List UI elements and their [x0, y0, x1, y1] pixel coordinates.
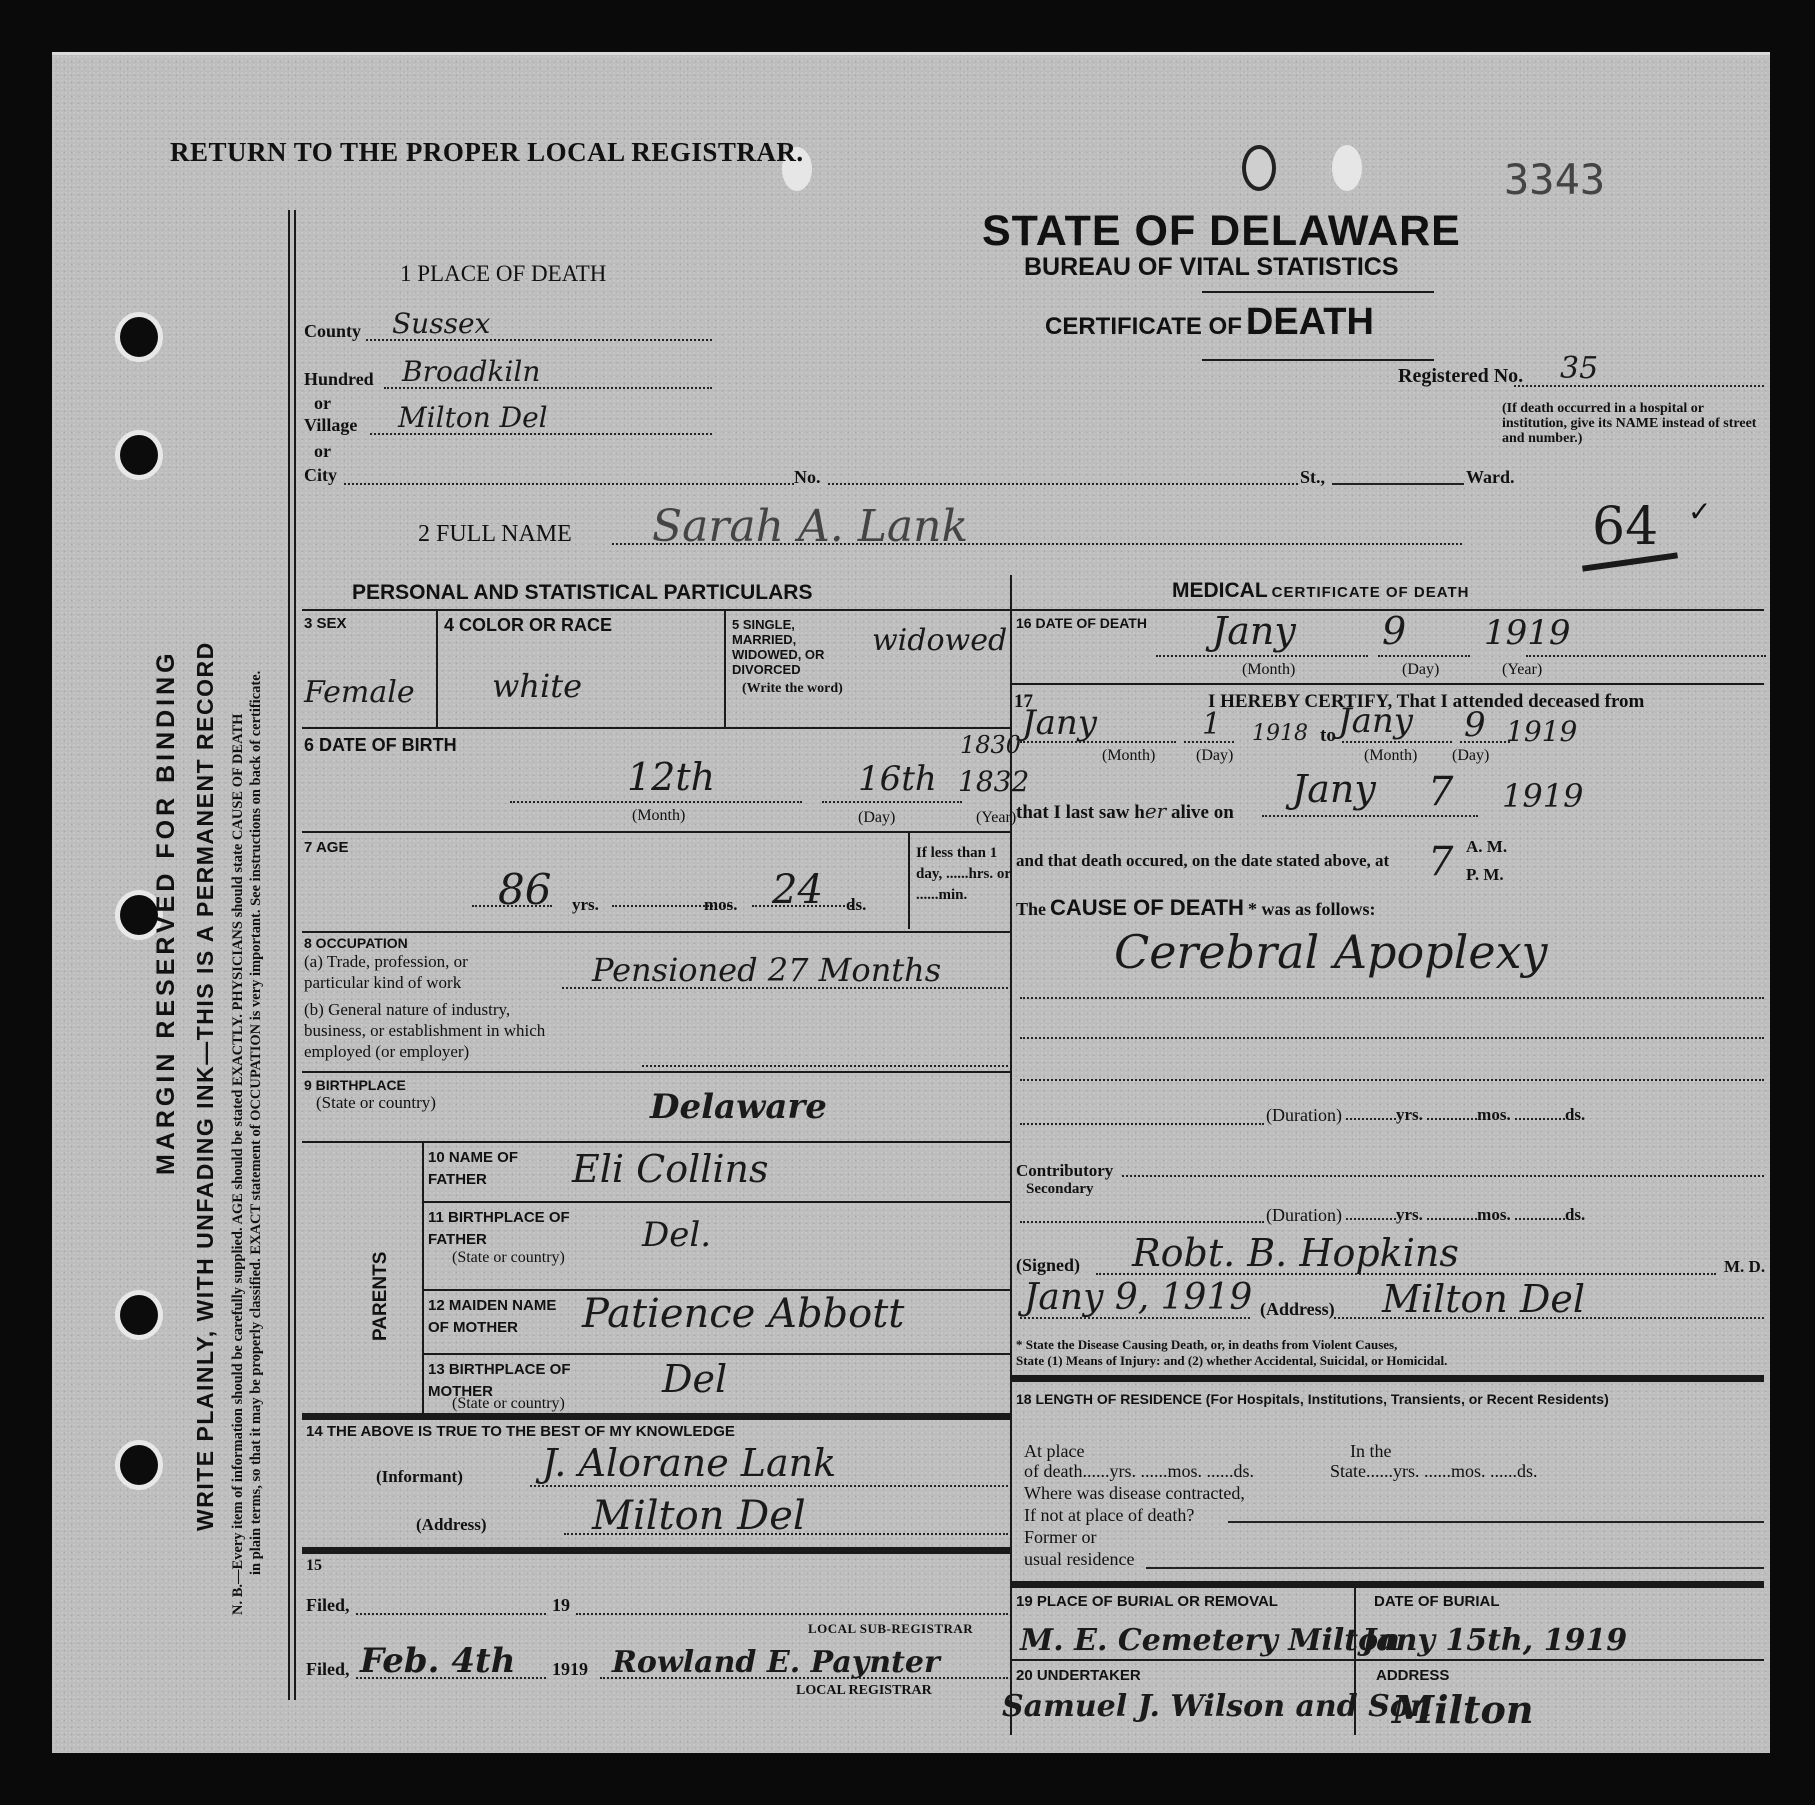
- birthplace-note: (State or country): [316, 1093, 436, 1113]
- sex-label: 3 SEX: [304, 615, 347, 632]
- where-contracted-label: Where was disease contracted,: [1024, 1483, 1245, 1504]
- attended-to-year: 1919: [1506, 715, 1577, 748]
- year-caption: (Year): [1502, 661, 1542, 679]
- undertaker-address-label: ADDRESS: [1376, 1667, 1449, 1684]
- date-of-death-label: 16 DATE OF DEATH: [1016, 615, 1147, 631]
- village-value: Milton Del: [398, 401, 548, 434]
- at-place-label: At place: [1024, 1441, 1084, 1462]
- last-saw-year: 1919: [1502, 777, 1583, 815]
- full-name-label: 2 FULL NAME: [418, 521, 572, 548]
- punch-hole-icon: [120, 1445, 158, 1485]
- ward-number: 64: [1592, 497, 1658, 557]
- former-label: Former or: [1024, 1527, 1096, 1548]
- full-name-value: Sarah A. Lank: [652, 501, 968, 552]
- certificate-paper: RETURN TO THE PROPER LOCAL REGISTRAR. 33…: [52, 52, 1770, 1753]
- return-notice: RETURN TO THE PROPER LOCAL REGISTRAR.: [170, 137, 804, 168]
- mother-birthplace-value: Del: [662, 1357, 727, 1401]
- secondary-label: Secondary: [1026, 1181, 1094, 1198]
- marital-value: widowed: [872, 623, 1007, 658]
- birthplace-value: Delaware: [650, 1087, 827, 1127]
- punch-hole-icon: [120, 1295, 158, 1335]
- father-label: 10 NAME OF FATHER: [428, 1147, 548, 1191]
- of-death-label: of death......yrs. ......mos. ......ds.: [1024, 1461, 1254, 1482]
- county-label: County: [304, 321, 361, 342]
- hundred-value: Broadkiln: [402, 355, 540, 388]
- father-value: Eli Collins: [572, 1147, 769, 1191]
- signed-label: (Signed): [1016, 1255, 1080, 1276]
- punch-hole-icon: [1242, 145, 1276, 191]
- last-saw-text: that I last saw her alive on: [1016, 799, 1234, 824]
- residence-title: 18 LENGTH OF RESIDENCE (For Hospitals, I…: [1016, 1391, 1609, 1409]
- pm-label: P. M.: [1466, 865, 1504, 885]
- burial-date-label: DATE OF BURIAL: [1374, 1593, 1500, 1610]
- death-time-text: and that death occured, on the date stat…: [1016, 851, 1389, 871]
- md-label: M. D.: [1724, 1257, 1765, 1277]
- village-label: Village: [304, 415, 357, 436]
- filed-date: Feb. 4th: [360, 1641, 515, 1681]
- certificate-title: CERTIFICATE OF DEATH: [1045, 301, 1374, 344]
- attended-from-day: 1: [1202, 707, 1221, 742]
- sub-registrar-label: LOCAL SUB-REGISTRAR: [808, 1621, 973, 1637]
- burial-date-value: Jany 15th, 1919: [1362, 1623, 1627, 1658]
- registered-no-value: 35: [1560, 351, 1598, 386]
- age-years: 86: [498, 865, 551, 914]
- day-caption: (Day): [1452, 747, 1489, 765]
- cause-of-death-value: Cerebral Apoplexy: [1114, 925, 1548, 979]
- filing-number: 15: [306, 1557, 322, 1575]
- to-label: to: [1320, 725, 1336, 747]
- dob-label: 6 DATE OF BIRTH: [304, 735, 457, 756]
- dob-month: 12th: [627, 755, 715, 799]
- ds-label: ds.: [846, 895, 866, 915]
- duration-units: yrs. mos. ds.: [1346, 1205, 1585, 1225]
- informant-address-label: (Address): [416, 1515, 487, 1535]
- state-residence-label: State......yrs. ......mos. ......ds.: [1330, 1461, 1538, 1482]
- punch-hole-icon: [120, 317, 158, 357]
- occupation-a-value: Pensioned 27 Months: [592, 951, 941, 989]
- informant-label: (Informant): [376, 1467, 463, 1487]
- state-country-note: (State or country): [452, 1249, 565, 1267]
- last-saw-month: Jany: [1292, 767, 1376, 811]
- margin-binding-text: MARGIN RESERVED FOR BINDING: [152, 649, 181, 1175]
- hospital-note: (If death occurred in a hospital or inst…: [1502, 401, 1764, 446]
- footnote-line2: State (1) Means of Injury: and (2) wheth…: [1016, 1353, 1447, 1369]
- certify-text: I HEREBY CERTIFY, That I attended deceas…: [1208, 691, 1644, 713]
- duration-label: (Duration): [1266, 1105, 1342, 1126]
- father-birthplace-label: 11 BIRTHPLACE OF FATHER: [428, 1207, 578, 1251]
- margin-note-line1: N. B.—Every item of information should b…: [230, 714, 247, 1615]
- day-caption: (Day): [1196, 747, 1233, 765]
- medical-title: MEDICAL CERTIFICATE OF DEATH: [1172, 579, 1469, 603]
- month-caption: (Month): [1102, 747, 1155, 765]
- registrar-signature: Rowland E. Paynter: [612, 1645, 940, 1680]
- month-caption: (Month): [1364, 747, 1417, 765]
- father-birthplace-value: Del.: [642, 1215, 711, 1255]
- filed-label: Filed,: [306, 1659, 350, 1680]
- place-of-death-title: 1 PLACE OF DEATH: [400, 261, 606, 287]
- dob-year: 1832: [958, 765, 1029, 798]
- age-days: 24: [772, 867, 823, 913]
- stamp-number: 3343: [1504, 155, 1605, 204]
- am-label: A. M.: [1466, 837, 1507, 857]
- last-saw-day: 7: [1428, 769, 1453, 815]
- day-caption: (Day): [1402, 661, 1439, 679]
- parents-label: PARENTS: [370, 1252, 392, 1341]
- personal-section-title: PERSONAL AND STATISTICAL PARTICULARS: [352, 581, 812, 605]
- duration-units: yrs. mos. ds.: [1346, 1105, 1585, 1125]
- marital-note: (Write the word): [742, 681, 843, 697]
- attended-from-year: 1918: [1252, 721, 1308, 746]
- sex-value: Female: [304, 675, 415, 710]
- or-label: or: [314, 393, 331, 414]
- registered-no-label: Registered No.: [1398, 365, 1523, 388]
- hundred-label: Hundred: [304, 369, 374, 390]
- less-than-day-note: If less than 1 day, ......hrs. or ......…: [916, 843, 1012, 906]
- county-value: Sussex: [392, 307, 490, 340]
- undertaker-value: Samuel J. Wilson and Son: [1002, 1689, 1432, 1724]
- informant-title: 14 THE ABOVE IS TRUE TO THE BEST OF MY K…: [306, 1423, 735, 1440]
- attended-from-month: Jany: [1022, 703, 1097, 743]
- in-the-label: In the: [1350, 1441, 1391, 1462]
- yrs-label: yrs.: [572, 895, 599, 915]
- signed-date: Jany 9, 1919: [1024, 1277, 1252, 1318]
- state-country-note: (State or country): [452, 1395, 565, 1413]
- state-title: STATE OF DELAWARE: [982, 207, 1461, 256]
- year-prefix: 19: [552, 1595, 570, 1616]
- physician-address-value: Milton Del: [1382, 1277, 1585, 1321]
- local-registrar-label: LOCAL REGISTRAR: [796, 1683, 932, 1699]
- occupation-b-label: (b) General nature of industry, business…: [304, 999, 564, 1062]
- bureau-title: BUREAU OF VITAL STATISTICS: [1024, 253, 1399, 282]
- mother-value: Patience Abbott: [582, 1291, 904, 1337]
- attended-to-day: 9: [1464, 705, 1486, 745]
- race-value: white: [492, 667, 582, 705]
- undertaker-label: 20 UNDERTAKER: [1016, 1667, 1141, 1684]
- birthplace-label: 9 BIRTHPLACE: [304, 1077, 406, 1093]
- no-label: No.: [794, 467, 821, 488]
- mos-label: mos.: [704, 895, 738, 915]
- mother-label: 12 MAIDEN NAME OF MOTHER: [428, 1295, 578, 1339]
- physician-address-label: (Address): [1260, 1299, 1335, 1320]
- attended-to-month: Jany: [1338, 701, 1413, 741]
- or-label: or: [314, 441, 331, 462]
- if-not-label: If not at place of death?: [1024, 1505, 1194, 1526]
- burial-place-value: M. E. Cemetery Milton: [1020, 1623, 1400, 1658]
- death-time-value: 7: [1428, 839, 1453, 885]
- marital-label: 5 SINGLE, MARRIED, WIDOWED, OR DIVORCED: [732, 617, 862, 677]
- occupation-a-label: (a) Trade, profession, or particular kin…: [304, 951, 524, 993]
- dob-year-correction: 1830: [960, 731, 1021, 759]
- race-label: 4 COLOR OR RACE: [444, 615, 612, 636]
- margin-ink-text: WRITE PLAINLY, WITH UNFADING INK—THIS IS…: [192, 641, 219, 1531]
- informant-address-value: Milton Del: [592, 1493, 806, 1539]
- month-caption: (Month): [1242, 661, 1295, 679]
- physician-signature: Robt. B. Hopkins: [1132, 1231, 1459, 1275]
- dod-day: 9: [1382, 609, 1406, 653]
- undertaker-address-value: Milton: [1392, 1687, 1533, 1732]
- year-caption: (Year): [976, 809, 1016, 827]
- dod-year: 1919: [1484, 613, 1571, 653]
- punch-hole-icon: [120, 435, 158, 475]
- duration-label: (Duration): [1266, 1205, 1342, 1226]
- contributory-label: Contributory: [1016, 1161, 1113, 1181]
- usual-residence-label: usual residence: [1024, 1549, 1134, 1570]
- filed-label: Filed,: [306, 1595, 350, 1616]
- dod-month: Jany: [1212, 609, 1296, 653]
- filed-year: 1919: [552, 1659, 588, 1680]
- occupation-label: 8 OCCUPATION: [304, 935, 408, 951]
- footnote-line1: * State the Disease Causing Death, or, i…: [1016, 1337, 1397, 1353]
- informant-value: J. Alorane Lank: [542, 1441, 836, 1485]
- month-caption: (Month): [632, 807, 685, 825]
- st-label: St.,: [1300, 467, 1325, 488]
- dob-day: 16th: [858, 759, 937, 799]
- margin-note-line2: in plain terms, so that it may be proper…: [248, 671, 265, 1575]
- cause-of-death-label: The CAUSE OF DEATH * was as follows:: [1016, 895, 1375, 921]
- age-label: 7 AGE: [304, 839, 348, 856]
- burial-place-label: 19 PLACE OF BURIAL OR REMOVAL: [1016, 1593, 1278, 1610]
- day-caption: (Day): [858, 809, 895, 827]
- city-label: City: [304, 465, 337, 486]
- check-mark-icon: ✓: [1688, 495, 1711, 529]
- ward-label: Ward.: [1466, 467, 1515, 488]
- punch-hole-icon: [1332, 145, 1362, 191]
